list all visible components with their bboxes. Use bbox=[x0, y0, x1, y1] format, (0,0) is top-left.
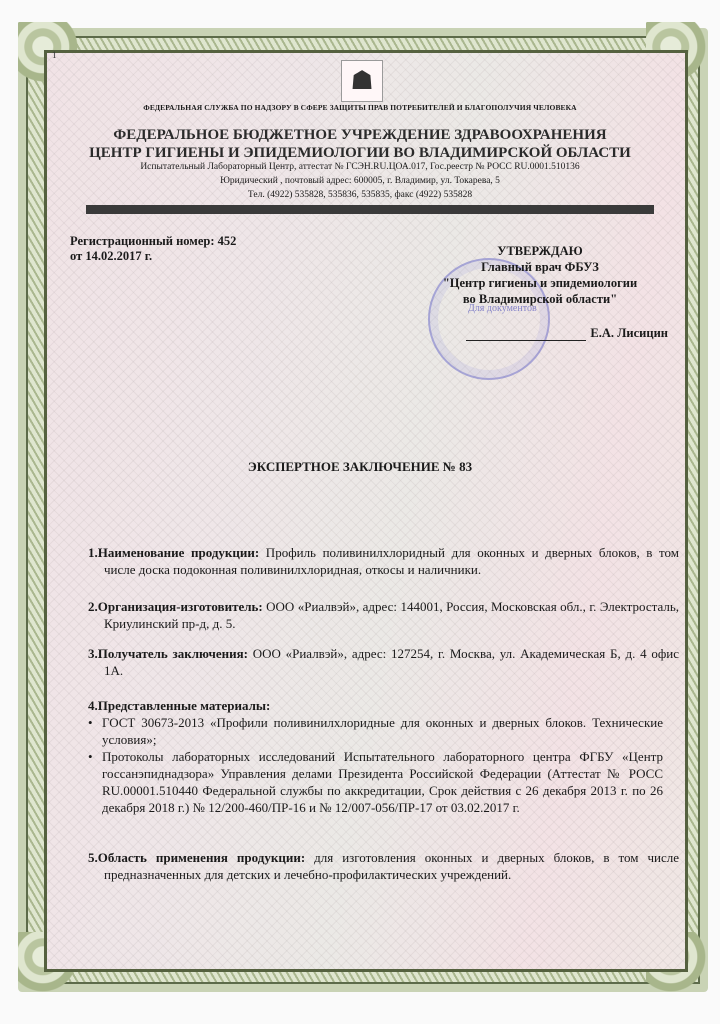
signatory-name: Е.А. Лисицин bbox=[590, 326, 668, 340]
materials-item: ГОСТ 30673-2013 «Профили поливинилхлорид… bbox=[88, 714, 663, 748]
agency-name: ФЕДЕРАЛЬНАЯ СЛУЖБА ПО НАДЗОРУ В СФЕРЕ ЗА… bbox=[0, 103, 720, 112]
document-paper bbox=[44, 50, 688, 972]
section-materials: 4.Представленные материалы: ГОСТ 30673-2… bbox=[88, 697, 663, 816]
materials-item: Протоколы лабораторных исследований Испы… bbox=[88, 748, 663, 816]
section-recipient: 3.Получатель заключения: ООО «Риалвэй», … bbox=[88, 645, 679, 679]
signature-line bbox=[466, 340, 586, 341]
coat-of-arms-icon: ☗ bbox=[341, 60, 383, 102]
document-title: ЭКСПЕРТНОЕ ЗАКЛЮЧЕНИЕ № 83 bbox=[0, 459, 720, 475]
section-manufacturer: 2.Организация-изготовитель: ООО «Риалвэй… bbox=[88, 598, 679, 632]
org-name-line1: ФЕДЕРАЛЬНОЕ БЮДЖЕТНОЕ УЧРЕЖДЕНИЕ ЗДРАВОО… bbox=[0, 127, 720, 144]
page-number: 1 bbox=[52, 50, 57, 60]
org-phone: Тел. (4922) 535828, 535836, 535835, факс… bbox=[0, 190, 720, 200]
section-application: 5.Область применения продукции: для изго… bbox=[88, 849, 679, 883]
section-product: 1.Наименование продукции: Профиль поливи… bbox=[88, 544, 679, 578]
approval-heading: УТВЕРЖДАЮ bbox=[390, 243, 690, 259]
registration-number: Регистрационный номер: 452 bbox=[70, 234, 236, 249]
approval-position: Главный врач ФБУЗ bbox=[390, 259, 690, 275]
org-name-line2: ЦЕНТР ГИГИЕНЫ И ЭПИДЕМИОЛОГИИ ВО ВЛАДИМИ… bbox=[0, 145, 720, 162]
org-address: Юридический , почтовый адрес: 600005, г.… bbox=[0, 176, 720, 186]
registration-date: от 14.02.2017 г. bbox=[70, 249, 236, 264]
approval-org-line2: во Владимирской области" bbox=[390, 291, 690, 307]
registration-block: Регистрационный номер: 452 от 14.02.2017… bbox=[70, 234, 236, 264]
approval-block: УТВЕРЖДАЮ Главный врач ФБУЗ "Центр гигие… bbox=[390, 243, 690, 341]
header-divider bbox=[86, 205, 654, 214]
approval-org-line1: "Центр гигиены и эпидемиологии bbox=[390, 275, 690, 291]
lab-accreditation: Испытательный Лабораторный Центр, аттест… bbox=[0, 162, 720, 172]
